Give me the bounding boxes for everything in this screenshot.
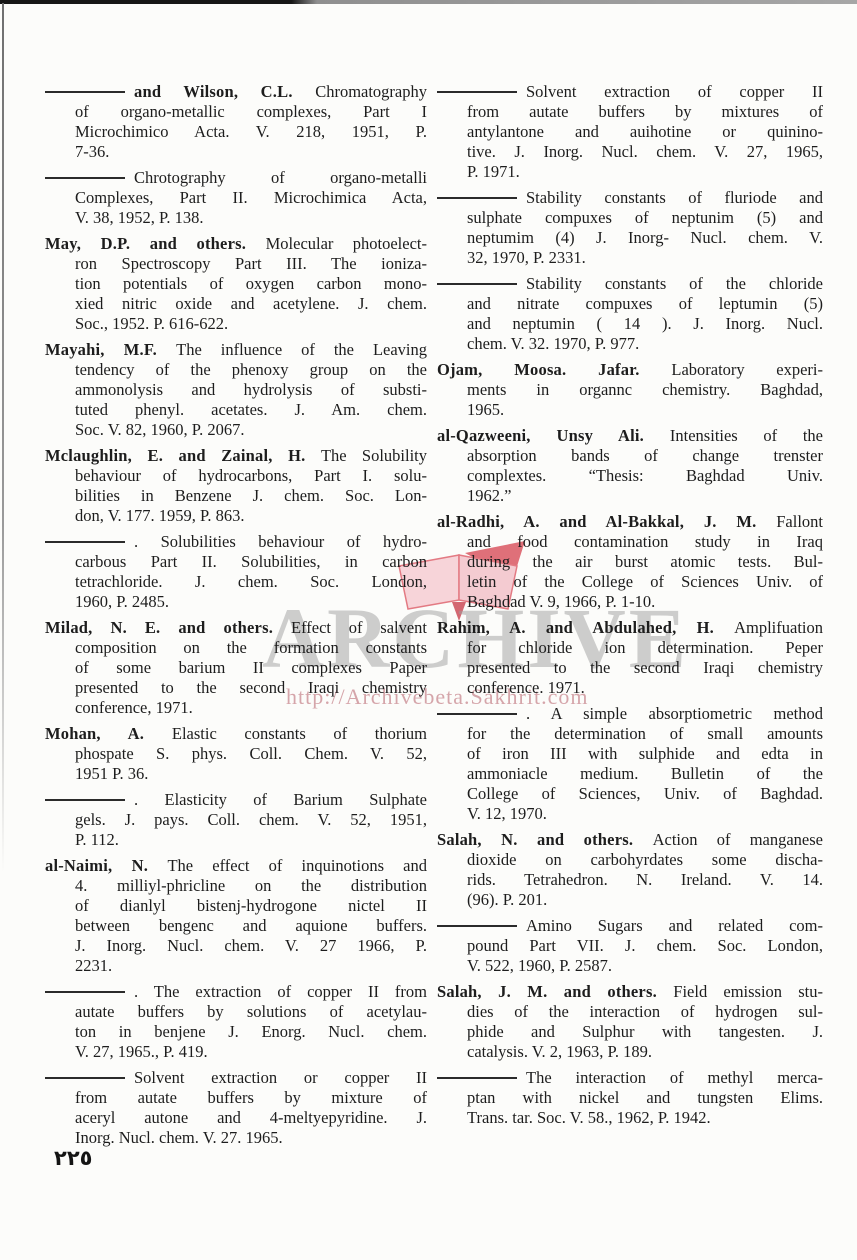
- entry-line: xied nitric oxide and acetylene. J. chem…: [45, 294, 427, 314]
- bibliography-column-right: Solvent extraction of copper IIfrom auta…: [437, 82, 823, 1134]
- bib-entry: Solvent extraction of copper IIfrom auta…: [437, 82, 823, 182]
- entry-line: P. 1971.: [437, 162, 823, 182]
- entry-line: for chloride ion determination. Peper: [437, 638, 823, 658]
- entry-line: don, V. 177. 1959, P. 863.: [45, 506, 427, 526]
- entry-line: from autate buffers by mixtures of: [437, 102, 823, 122]
- entry-line: ron Spectroscopy Part III. The ioniza-: [45, 254, 427, 274]
- author-name: al-Radhi, A. and Al-Bakkal, J. M.: [437, 512, 776, 531]
- entry-line: Complexes, Part II. Microchimica Acta,: [45, 188, 427, 208]
- entry-line: V. 12, 1970.: [437, 804, 823, 824]
- entry-line: ton in benjene J. Enorg. Nucl. chem.: [45, 1022, 427, 1042]
- scan-edge-top: [0, 0, 857, 4]
- author-name: Rahim, A. and Abdulahed, H.: [437, 618, 734, 637]
- bib-entry: Stability constants of the chlorideand n…: [437, 274, 823, 354]
- bib-entry: Salah, J. M. and others. Field emission …: [437, 982, 823, 1062]
- bib-entry: Stability constants of fluriode andsulph…: [437, 188, 823, 268]
- entry-line: V. 38, 1952, P. 138.: [45, 208, 427, 228]
- dash-rule: [437, 1077, 517, 1079]
- entry-line: Trans. tar. Soc. V. 58., 1962, P. 1942.: [437, 1108, 823, 1128]
- bib-entry: . Solubilities behaviour of hydro-carbou…: [45, 532, 427, 612]
- entry-line: 1960, P. 2485.: [45, 592, 427, 612]
- entry-line: V. 522, 1960, P. 2587.: [437, 956, 823, 976]
- entry-line: Solvent extraction of copper II: [437, 82, 823, 102]
- entry-line: composition on the formation constants: [45, 638, 427, 658]
- bib-entry: Milad, N. E. and others. Effect of salve…: [45, 618, 427, 718]
- bib-entry: Mohan, A. Elastic constants of thoriumph…: [45, 724, 427, 784]
- entry-line: Milad, N. E. and others. Effect of salve…: [45, 618, 427, 638]
- bib-entry: . Elasticity of Barium Sulphategels. J. …: [45, 790, 427, 850]
- dash-rule: [45, 991, 125, 993]
- entry-line: rids. Tetrahedron. N. Ireland. V. 14.: [437, 870, 823, 890]
- entry-line: 7-36.: [45, 142, 427, 162]
- dash-rule: [437, 197, 517, 199]
- entry-line: behaviour of hydrocarbons, Part I. solu-: [45, 466, 427, 486]
- entry-line: complextes. “Thesis: Baghdad Univ.: [437, 466, 823, 486]
- dash-rule: [45, 541, 125, 543]
- entry-line: bilities in Benzene J. chem. Soc. Lon-: [45, 486, 427, 506]
- entry-line: . Elasticity of Barium Sulphate: [45, 790, 427, 810]
- entry-line: J. Inorg. Nucl. chem. V. 27 1966, P.: [45, 936, 427, 956]
- entry-line: sulphate compuxes of neptunim (5) and: [437, 208, 823, 228]
- entry-line: Rahim, A. and Abdulahed, H. Amplifuation: [437, 618, 823, 638]
- author-name: Salah, J. M. and others.: [437, 982, 673, 1001]
- author-name: and Wilson, C.L.: [134, 82, 315, 101]
- entry-line: ammoniacle medium. Bulletin of the: [437, 764, 823, 784]
- bib-entry: and Wilson, C.L. Chromatographyof organo…: [45, 82, 427, 162]
- entry-line: Stability constants of fluriode and: [437, 188, 823, 208]
- entry-line: dioxide on carbohyrdates some discha-: [437, 850, 823, 870]
- entry-line: presented to the second Iraqi chemistry: [45, 678, 427, 698]
- entry-line: Inorg. Nucl. chem. V. 27. 1965.: [45, 1128, 427, 1148]
- author-name: Mayahi, M.F.: [45, 340, 176, 359]
- author-name: Mclaughlin, E. and Zainal, H.: [45, 446, 321, 465]
- entry-line: of organo-metallic complexes, Part I: [45, 102, 427, 122]
- entry-line: conference. 1971.: [437, 678, 823, 698]
- entry-line: dies of the interaction of hydrogen sul-: [437, 1002, 823, 1022]
- entry-line: Amino Sugars and related com-: [437, 916, 823, 936]
- author-name: May, D.P. and others.: [45, 234, 266, 253]
- bib-entry: al-Radhi, A. and Al-Bakkal, J. M. Fallon…: [437, 512, 823, 612]
- entry-line: 2231.: [45, 956, 427, 976]
- entry-line: College of Sciences, Univ. of Baghdad.: [437, 784, 823, 804]
- entry-line: chem. V. 32. 1970, P. 977.: [437, 334, 823, 354]
- entry-line: 1951 P. 36.: [45, 764, 427, 784]
- entry-line: . A simple absorptiometric method: [437, 704, 823, 724]
- entry-line: Ojam, Moosa. Jafar. Laboratory experi-: [437, 360, 823, 380]
- dash-rule: [437, 925, 517, 927]
- bib-entry: Amino Sugars and related com-pound Part …: [437, 916, 823, 976]
- entry-line: for the determination of small amounts: [437, 724, 823, 744]
- entry-line: during the air burst atomic tests. Bul-: [437, 552, 823, 572]
- entry-line: of dianlyl bistenj-hydrogone nictel II: [45, 896, 427, 916]
- bib-entry: Ojam, Moosa. Jafar. Laboratory experi-me…: [437, 360, 823, 420]
- entry-line: ptan with nickel and tungsten Elims.: [437, 1088, 823, 1108]
- entry-line: Salah, N. and others. Action of manganes…: [437, 830, 823, 850]
- bib-entry: Mayahi, M.F. The influence of the Leavin…: [45, 340, 427, 440]
- entry-line: ments in organnc chemistry. Baghdad,: [437, 380, 823, 400]
- author-name: Mohan, A.: [45, 724, 172, 743]
- entry-line: Mayahi, M.F. The influence of the Leavin…: [45, 340, 427, 360]
- entry-line: antylantone and auihotine or quinino-: [437, 122, 823, 142]
- bib-entry: The interaction of methyl merca-ptan wit…: [437, 1068, 823, 1128]
- dash-rule: [45, 91, 125, 93]
- author-name: Milad, N. E. and others.: [45, 618, 291, 637]
- entry-line: 32, 1970, P. 2331.: [437, 248, 823, 268]
- bib-entry: May, D.P. and others. Molecular photoele…: [45, 234, 427, 334]
- entry-line: aceryl autone and 4-meltyepyridine. J.: [45, 1108, 427, 1128]
- entry-line: 1965.: [437, 400, 823, 420]
- entry-line: Stability constants of the chloride: [437, 274, 823, 294]
- bib-entry: al-Qazweeni, Unsy Ali. Intensities of th…: [437, 426, 823, 506]
- entry-line: May, D.P. and others. Molecular photoele…: [45, 234, 427, 254]
- entry-line: P. 112.: [45, 830, 427, 850]
- dash-rule: [437, 91, 517, 93]
- entry-line: Salah, J. M. and others. Field emission …: [437, 982, 823, 1002]
- entry-line: tion potentials of oxygen carbon mono-: [45, 274, 427, 294]
- dash-rule: [437, 713, 517, 715]
- entry-line: catalysis. V. 2, 1963, P. 189.: [437, 1042, 823, 1062]
- entry-line: conference, 1971.: [45, 698, 427, 718]
- entry-line: tetrachloride. J. chem. Soc. London,: [45, 572, 427, 592]
- entry-line: tuted phenyl. acetates. J. Am. chem.: [45, 400, 427, 420]
- bibliography-column-left: and Wilson, C.L. Chromatographyof organo…: [45, 82, 427, 1154]
- entry-line: neptumim (4) J. Inorg- Nucl. chem. V.: [437, 228, 823, 248]
- bib-entry: Mclaughlin, E. and Zainal, H. The Solubi…: [45, 446, 427, 526]
- bib-entry: al-Naimi, N. The effect of inquinotions …: [45, 856, 427, 976]
- entry-line: tive. J. Inorg. Nucl. chem. V. 27, 1965,: [437, 142, 823, 162]
- author-name: Salah, N. and others.: [437, 830, 653, 849]
- scanned-bibliography-page: ARCHIVE http://Archivebeta.Sakhrit.com a…: [0, 0, 857, 1260]
- entry-line: between bengenc and aquione buffers.: [45, 916, 427, 936]
- entry-line: Microchimico Acta. V. 218, 1951, P.: [45, 122, 427, 142]
- entry-line: letin of the College of Sciences Univ. o…: [437, 572, 823, 592]
- entry-line: of iron III with sulphide and edta in: [437, 744, 823, 764]
- entry-line: al-Radhi, A. and Al-Bakkal, J. M. Fallon…: [437, 512, 823, 532]
- entry-line: tendency of the phenoxy group on the: [45, 360, 427, 380]
- entry-line: phide and Sulphur with tangesten. J.: [437, 1022, 823, 1042]
- bib-entry: Solvent extraction or copper IIfrom auta…: [45, 1068, 427, 1148]
- entry-line: gels. J. pays. Coll. chem. V. 52, 1951,: [45, 810, 427, 830]
- author-name: al-Naimi, N.: [45, 856, 167, 875]
- entry-line: al-Naimi, N. The effect of inquinotions …: [45, 856, 427, 876]
- entry-line: presented to the second Iraqi chemistry: [437, 658, 823, 678]
- dash-rule: [437, 283, 517, 285]
- entry-line: from autate buffers by mixture of: [45, 1088, 427, 1108]
- entry-line: pound Part VII. J. chem. Soc. London,: [437, 936, 823, 956]
- entry-line: and food contamination study in Iraq: [437, 532, 823, 552]
- entry-line: Mclaughlin, E. and Zainal, H. The Solubi…: [45, 446, 427, 466]
- entry-line: 4. milliyl-phricline on the distribution: [45, 876, 427, 896]
- entry-line: Baghdad V. 9, 1966, P. 1-10.: [437, 592, 823, 612]
- author-name: al-Qazweeni, Unsy Ali.: [437, 426, 670, 445]
- bib-entry: . The extraction of copper II fromautate…: [45, 982, 427, 1062]
- bib-entry: Chrotography of organo-metalliComplexes,…: [45, 168, 427, 228]
- entry-line: Soc. V. 82, 1960, P. 2067.: [45, 420, 427, 440]
- entry-line: (96). P. 201.: [437, 890, 823, 910]
- entry-line: phospate S. phys. Coll. Chem. V. 52,: [45, 744, 427, 764]
- dash-rule: [45, 177, 125, 179]
- entry-line: 1962.”: [437, 486, 823, 506]
- entry-line: ammonolysis and hydrolysis of substi-: [45, 380, 427, 400]
- entry-line: Chrotography of organo-metalli: [45, 168, 427, 188]
- entry-line: . The extraction of copper II from: [45, 982, 427, 1002]
- author-name: Ojam, Moosa. Jafar.: [437, 360, 671, 379]
- page-number: ٢٢٥: [54, 1146, 92, 1170]
- entry-line: The interaction of methyl merca-: [437, 1068, 823, 1088]
- entry-line: absorption bands of change trenster: [437, 446, 823, 466]
- bib-entry: Salah, N. and others. Action of manganes…: [437, 830, 823, 910]
- entry-line: and neptumin ( 14 ). J. Inorg. Nucl.: [437, 314, 823, 334]
- entry-line: and Wilson, C.L. Chromatography: [45, 82, 427, 102]
- entry-line: Solvent extraction or copper II: [45, 1068, 427, 1088]
- dash-rule: [45, 799, 125, 801]
- bib-entry: . A simple absorptiometric methodfor the…: [437, 704, 823, 824]
- entry-line: Mohan, A. Elastic constants of thorium: [45, 724, 427, 744]
- entry-line: . Solubilities behaviour of hydro-: [45, 532, 427, 552]
- entry-line: al-Qazweeni, Unsy Ali. Intensities of th…: [437, 426, 823, 446]
- dash-rule: [45, 1077, 125, 1079]
- entry-line: of some barium II complexes Paper: [45, 658, 427, 678]
- scan-edge-left: [2, 3, 4, 873]
- entry-line: V. 27, 1965., P. 419.: [45, 1042, 427, 1062]
- entry-line: autate buffers by solutions of acetylau-: [45, 1002, 427, 1022]
- entry-line: carbous Part II. Solubilities, in carbon: [45, 552, 427, 572]
- bib-entry: Rahim, A. and Abdulahed, H. Amplifuation…: [437, 618, 823, 698]
- entry-line: and nitrate compuxes of leptumin (5): [437, 294, 823, 314]
- entry-line: Soc., 1952. P. 616-622.: [45, 314, 427, 334]
